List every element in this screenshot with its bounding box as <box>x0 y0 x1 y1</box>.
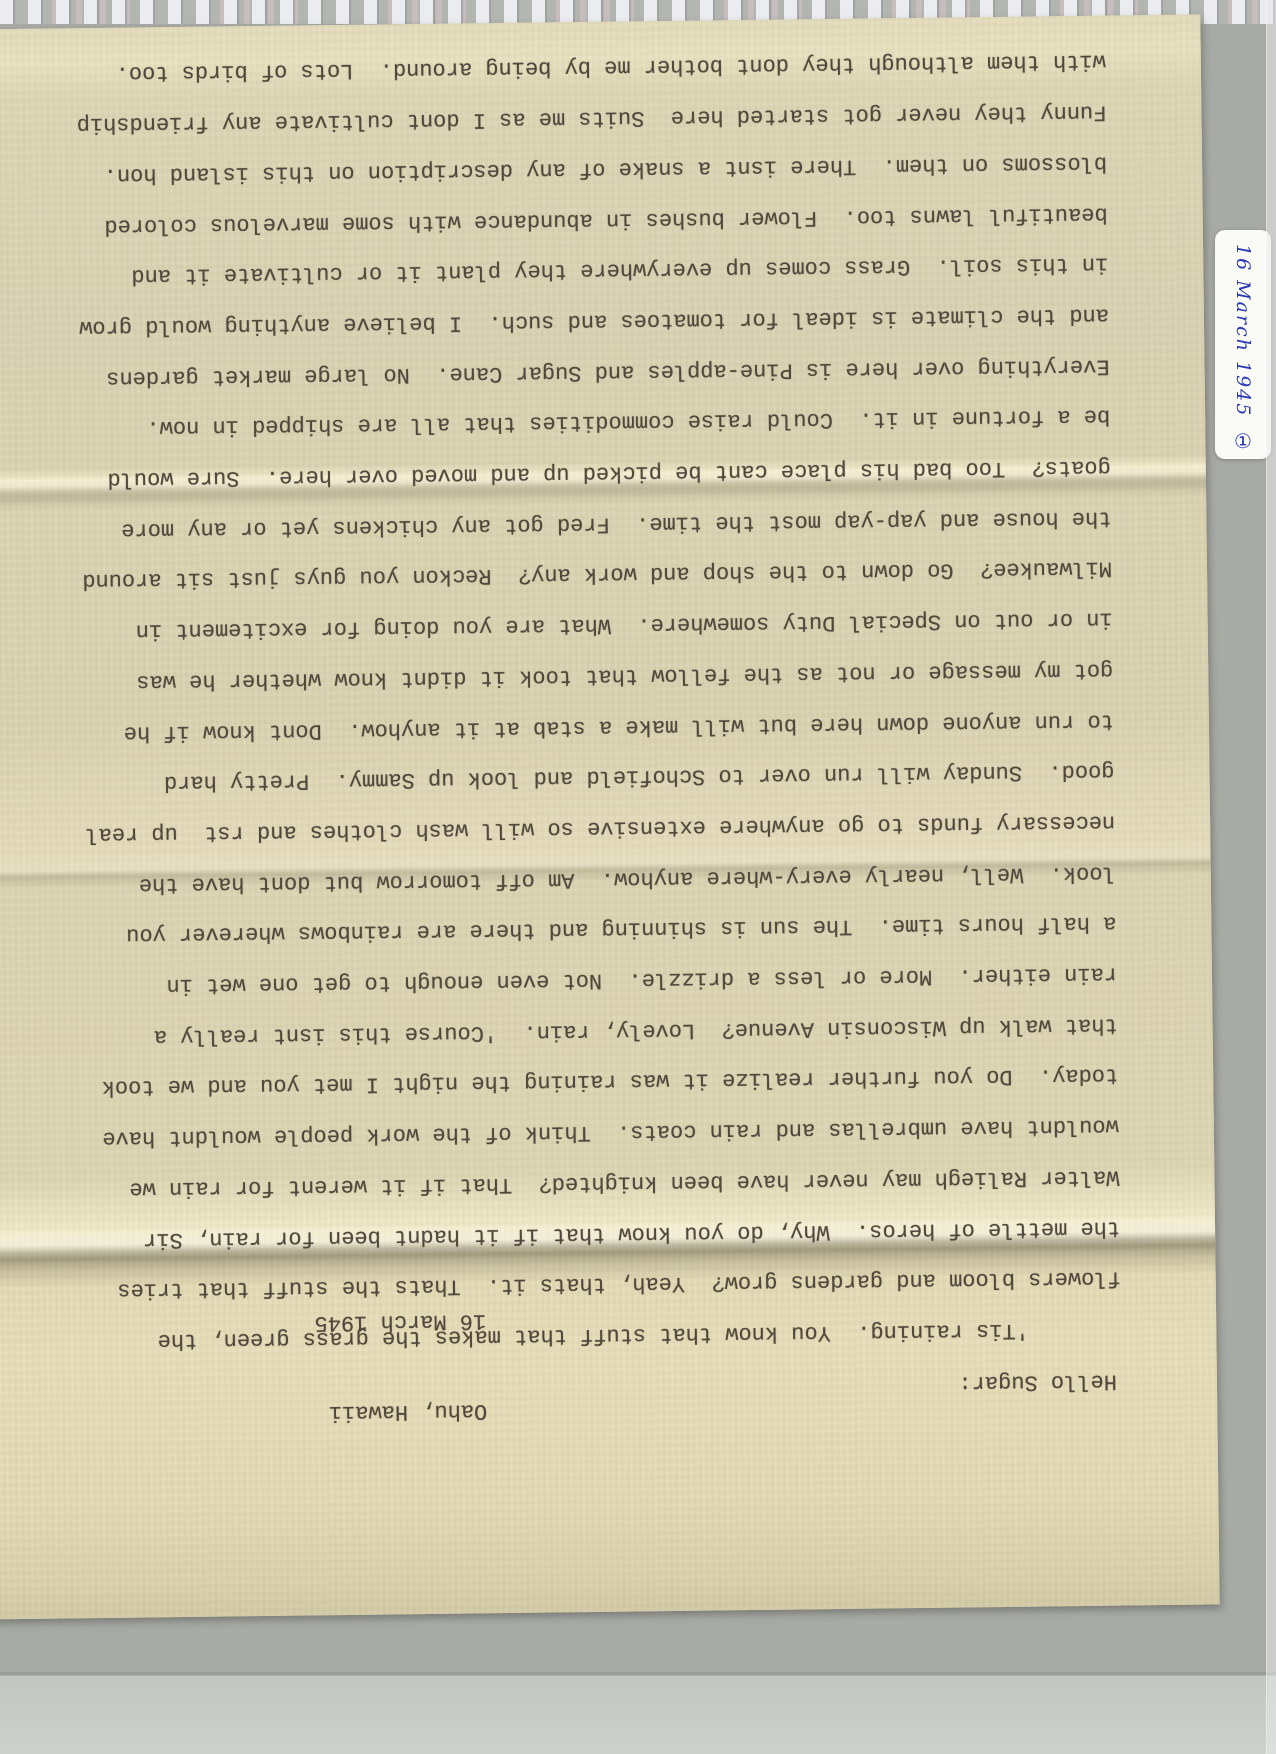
scanned-letter-photo: Oahu, Hawaii 16 March 1945 Hello Sugar: … <box>0 0 1276 1754</box>
letter-paper: Oahu, Hawaii 16 March 1945 Hello Sugar: … <box>0 14 1220 1619</box>
backdrop-lower-strip <box>0 1672 1276 1754</box>
letter-body: 'Tis raining. You know that stuff that m… <box>76 35 1122 1366</box>
letter-content-upside-down: Oahu, Hawaii 16 March 1945 Hello Sugar: … <box>0 14 1220 1619</box>
page-number-marker: ① <box>1234 429 1252 453</box>
archive-date-label: 16 March 1945 ① <box>1215 230 1271 459</box>
letter-heading-line: Oahu, Hawaii <box>315 1395 487 1427</box>
plastic-sleeve-edge <box>1266 0 1276 1754</box>
handwritten-date: 16 March 1945 <box>1232 244 1254 417</box>
letter-salutation: Hello Sugar: <box>958 1369 1117 1396</box>
